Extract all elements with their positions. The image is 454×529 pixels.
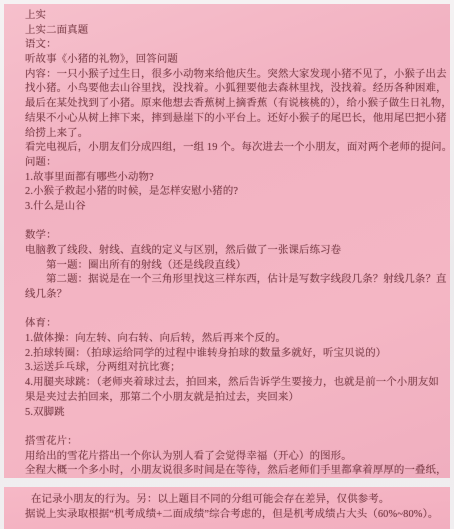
pe-item: 5.双脚跳 xyxy=(25,406,446,421)
remark-line: 据说上实录取根据“机考成绩+二面成绩”综合考虑的，但是机考成绩占大头（60%~8… xyxy=(25,508,446,523)
math-question-item: 线几条？ xyxy=(25,288,446,303)
grouping-note-line: 看完电视后，小朋友们分成四组，一组 19 个。每次进去一个小朋友，面对两个老师的… xyxy=(25,141,446,156)
pe-item: 3.运送乒乓球，分两组对抗比赛； xyxy=(25,361,446,376)
question-item: 1.故事里面都有哪些小动物? xyxy=(25,171,446,186)
story-line: 内容：一只小猴子过生日，很多小动物来给他庆生。突然大家发现小猪不见了，小猴子出去 xyxy=(25,68,446,83)
duration-note-line: 全程大概一个多小时，小朋友说很多时间是在等待，然后老师们手里都拿着厚厚的一叠纸， xyxy=(25,464,446,478)
section-heading-snowflake: 搭雪花片： xyxy=(25,435,446,450)
pe-item: 2.拍球转圈：（拍球运给同学的过程中谁转身拍球的数量多就好，听宝贝说的） xyxy=(25,347,446,362)
exam-notes-page: 上实 上实二面真题 语文： 听故事《小猪的礼物》，回答问题 内容：一只小猴子过生… xyxy=(4,4,450,478)
pe-item: 1.做体操：向左转、向右转、向后转，然后再来个反的。 xyxy=(25,332,446,347)
story-line: 结果不小心从树上摔下来，摔到悬崖下的小平台上。还好小猴子的尾巴长，他用尾巴把小猪 xyxy=(25,112,446,127)
blank-line xyxy=(25,303,446,318)
remark-strip: 在记录小朋友的行为。另：以上题目不同的分组可能会存在差异，仅供参考。 据说上实录… xyxy=(4,487,450,529)
section-heading-chinese: 语文： xyxy=(25,38,446,53)
question-item: 2.小猴子救起小猪的时候，是怎样安慰小猪的? xyxy=(25,185,446,200)
pe-item: 果是夹过去拍回来，那第二个小朋友就是拍过去，夹回来） xyxy=(25,391,446,406)
math-question-item: 第二题：据说是在一个三角形里找这三样东西，估计是写数字线段几条？射线几条？直 xyxy=(25,273,446,288)
question-item: 3.什么是山谷 xyxy=(25,200,446,215)
math-intro-line: 电脑教了线段、射线、直线的定义与区别，然后做了一张课后练习卷 xyxy=(25,244,446,259)
document-photo: 上实 上实二面真题 语文： 听故事《小猪的礼物》，回答问题 内容：一只小猴子过生… xyxy=(0,0,454,529)
story-line: 最后在某处找到了小猪。原来他想去香蕉树上摘香蕉（有说核桃的），给小猴子做生日礼物… xyxy=(25,97,446,112)
snowflake-task-line: 用给出的雪花片搭出一个你认为别人看了会觉得幸福（开心）的图形。 xyxy=(25,450,446,465)
task-line: 听故事《小猪的礼物》，回答问题 xyxy=(25,53,446,68)
blank-line xyxy=(25,420,446,435)
remark-line: 在记录小朋友的行为。另：以上题目不同的分组可能会存在差异，仅供参考。 xyxy=(25,493,446,508)
pe-item: 4.用腿夹球跳：（老师夹着球过去，拍回来，然后告诉学生要接力，也就是前一个小朋友… xyxy=(25,376,446,391)
doc-subtitle: 上实二面真题 xyxy=(25,24,446,39)
questions-label: 问题： xyxy=(25,156,446,171)
story-line: 给捞上来了。 xyxy=(25,127,446,142)
section-heading-math: 数学： xyxy=(25,229,446,244)
math-question-item: 第一题：圈出所有的射线（还是线段直线） xyxy=(25,259,446,274)
story-line: 找小猪。小鸟要他去山谷里找，没找着。小狐狸要他去森林里找，没找着。经历各种困难， xyxy=(25,82,446,97)
doc-title: 上实 xyxy=(25,9,446,24)
blank-line xyxy=(25,215,446,230)
section-heading-pe: 体育： xyxy=(25,317,446,332)
